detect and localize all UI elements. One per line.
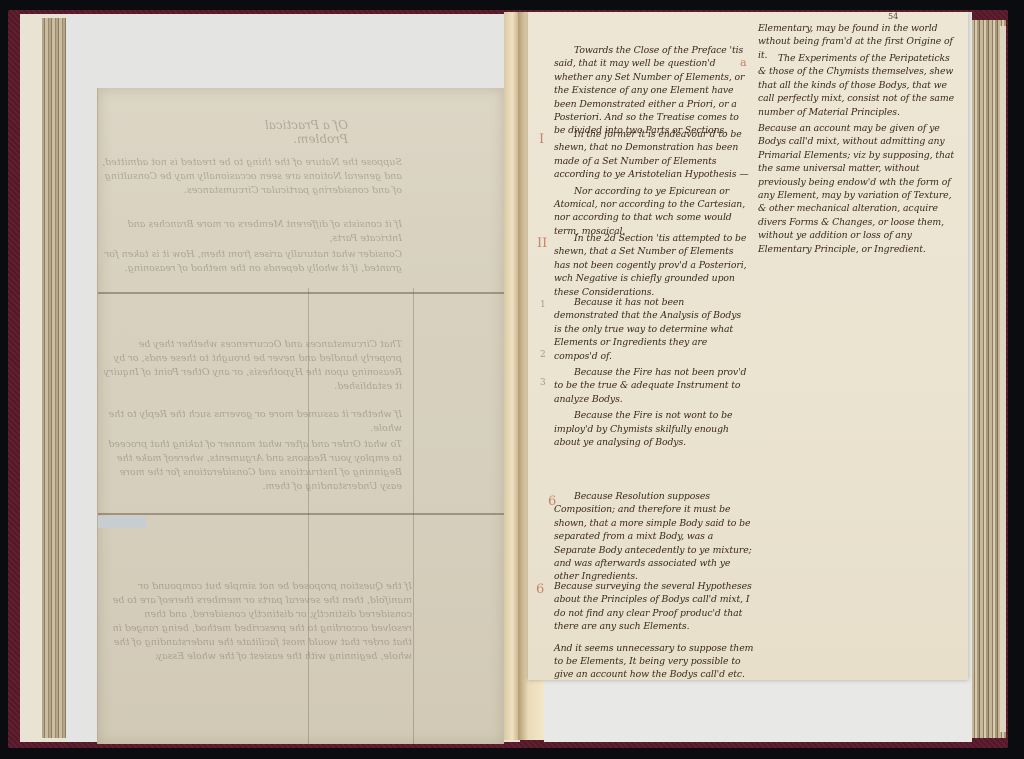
ghost-paragraph: If it consists of different Members or m… xyxy=(102,218,402,246)
ghost-paragraph: That Circumstances and Occurrences wheth… xyxy=(102,338,402,394)
right-endpaper-edge xyxy=(1000,26,1006,732)
ghost-paragraph: If whether it assumed more or governs su… xyxy=(102,408,402,436)
paragraph-unnecessary: And it seems unnecessary to suppose them… xyxy=(554,642,754,682)
fold-line xyxy=(98,292,504,294)
margin-marker-II: II xyxy=(537,236,547,251)
paragraph-account: Because an account may be given of ye Bo… xyxy=(758,122,958,256)
ghost-paragraph: To what Order and after what manner of t… xyxy=(102,438,402,494)
paragraph-reason-1: Because it has not been demonstrated tha… xyxy=(554,296,750,363)
margin-marker-2: 2 xyxy=(540,350,546,360)
margin-marker-3: 3 xyxy=(540,378,546,388)
fold-line xyxy=(98,513,504,515)
paragraph-reason-2: Because the Fire has not been prov'd to … xyxy=(554,366,750,406)
ghost-title: Of a Practical Problem. xyxy=(228,118,348,146)
gutter-left xyxy=(504,12,518,740)
manuscript-left-column: Towards the Close of the Preface 'tis sa… xyxy=(554,44,750,141)
paragraph-block: Because it has not been demonstrated tha… xyxy=(554,296,750,452)
paragraph-epicurean: Nor according to ye Epicurean or Atomica… xyxy=(554,185,750,239)
paragraph-block: The Experiments of the Peripateticks & t… xyxy=(758,52,958,259)
paragraph-block: In the 2d Section 'tis attempted to be s… xyxy=(554,232,750,302)
paragraph-surveying: Because surveying the several Hypotheses… xyxy=(554,580,754,634)
margin-marker-6b: 6 xyxy=(536,582,544,597)
paragraph-reason-3: Because the Fire is not wont to be implo… xyxy=(554,409,750,449)
folio-number: 54 xyxy=(888,12,898,21)
paragraph-block: Because Resolution supposes Composition;… xyxy=(554,490,754,587)
paragraph-resolution: Because Resolution supposes Composition;… xyxy=(554,490,754,584)
paragraph-preface: Towards the Close of the Preface 'tis sa… xyxy=(554,44,750,138)
paragraph-section-1: In the former it is endeavour'd to be sh… xyxy=(554,128,750,182)
fold-crease xyxy=(413,288,414,744)
paragraph-experiments: The Experiments of the Peripateticks & t… xyxy=(758,52,958,119)
ghost-paragraph: If the Question proposed be not simple b… xyxy=(102,580,412,664)
margin-marker-1: 1 xyxy=(540,300,546,310)
paragraph-block: Because surveying the several Hypotheses… xyxy=(554,580,754,685)
paragraph-section-2: In the 2d Section 'tis attempted to be s… xyxy=(554,232,750,299)
left-manuscript-page: Of a Practical Problem. Suppose the Natu… xyxy=(97,88,504,744)
ghost-paragraph: Suppose the Nature of the thing to be tr… xyxy=(102,156,402,198)
paragraph-block: In the former it is endeavour'd to be sh… xyxy=(554,128,750,241)
margin-marker-I: I xyxy=(539,132,544,147)
ghost-paragraph: Consider what naturally arises from them… xyxy=(102,248,402,276)
right-manuscript-page: 54 Towards the Close of the Preface 'tis… xyxy=(528,12,968,680)
mount-tab xyxy=(98,516,146,528)
margin-marker-a: a xyxy=(740,56,747,69)
